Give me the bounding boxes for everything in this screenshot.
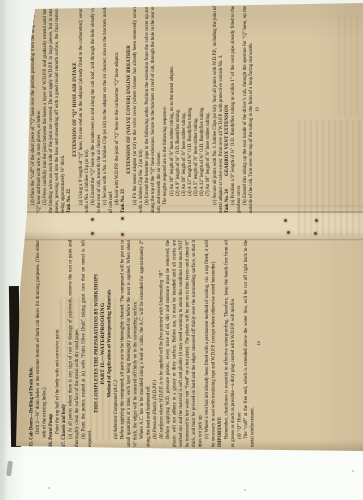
paragraph: (5) Press carefully into the joint betwe… [42, 6, 66, 213]
staple-hole [91, 232, 94, 235]
paragraph: (b) Paint the points treated at (a) with… [80, 240, 93, 447]
paragraph: (b) Extend the “Q” hose up the windscree… [90, 6, 102, 213]
page-number: 19 [254, 6, 260, 213]
tubing-sequence-list: (1) An 18″ length of ⅞″ bore rubber tubi… [169, 6, 211, 213]
dust-speck [48, 487, 50, 489]
dust-speck [244, 489, 246, 491]
right-page: (4) Place the “cuff” of the short piece … [30, 6, 363, 213]
paragraph: The “cuff” at the free end, which is ext… [243, 240, 256, 447]
paragraph: Where A.C. has to be moulded along a lea… [139, 240, 152, 447]
paragraph: The lengths required are in the followin… [162, 6, 168, 213]
staple-hole [284, 219, 287, 222]
paragraph: (c) Secure with a No. 4 Jubilee Clip (or… [102, 6, 114, 213]
paragraph: (4) Place the “cuff” of the short piece … [30, 6, 42, 213]
scanner-smudge [6, 461, 13, 476]
paragraph: (a) At all points where there is any sig… [67, 240, 80, 447]
paragraph: (a) Fit the metal adaptor (or kit) to th… [132, 6, 144, 213]
paragraph: (a) Using a 9′ length of “Q” hose, fit o… [78, 6, 90, 213]
left-page: 15. Cab Doors—Drilling of Drain Hole. Dr… [28, 240, 363, 447]
staple-hole [91, 218, 94, 221]
paragraph: (b) Extend this tubing up the rear insid… [242, 6, 254, 213]
paragraph: (c) Where a vent has not already been fi… [204, 240, 217, 447]
left-page-content: 15. Cab Doors—Drilling of Drain Hole. Dr… [28, 240, 363, 447]
paragraph: Drill 2—⅜″ drain holes at the extreme bo… [35, 240, 48, 447]
right-page-content: (4) Place the “cuff” of the short piece … [30, 6, 363, 213]
list-item: (7) An 18″ length of ⅞″ bore rubber tubi… [205, 6, 211, 196]
scanner-bed: (4) Place the “cuff” of the short piece … [0, 0, 363, 500]
paragraph: (c) Secure all joints with No. 1 Jubilee… [212, 6, 224, 213]
dust-speck [352, 470, 354, 472]
page-number: 14 [256, 240, 263, 447]
paragraph: (a) Position a 9″ length of ¼″ O.D. Bund… [230, 6, 242, 213]
staple-hole [287, 231, 290, 234]
staple-hole [121, 233, 124, 236]
paragraph: (b) Extend the breather pipe in the foll… [144, 6, 162, 213]
booklet-sheet: (4) Place the “cuff” of the short piece … [0, 0, 363, 500]
paragraph: Remember, cleanliness is essential to ef… [223, 240, 236, 447]
paragraph: Before applying the compound, all parts … [119, 240, 139, 447]
staple-hole [121, 217, 124, 220]
paragraph: Before applying W.D. pressure plastic, e… [165, 240, 204, 447]
